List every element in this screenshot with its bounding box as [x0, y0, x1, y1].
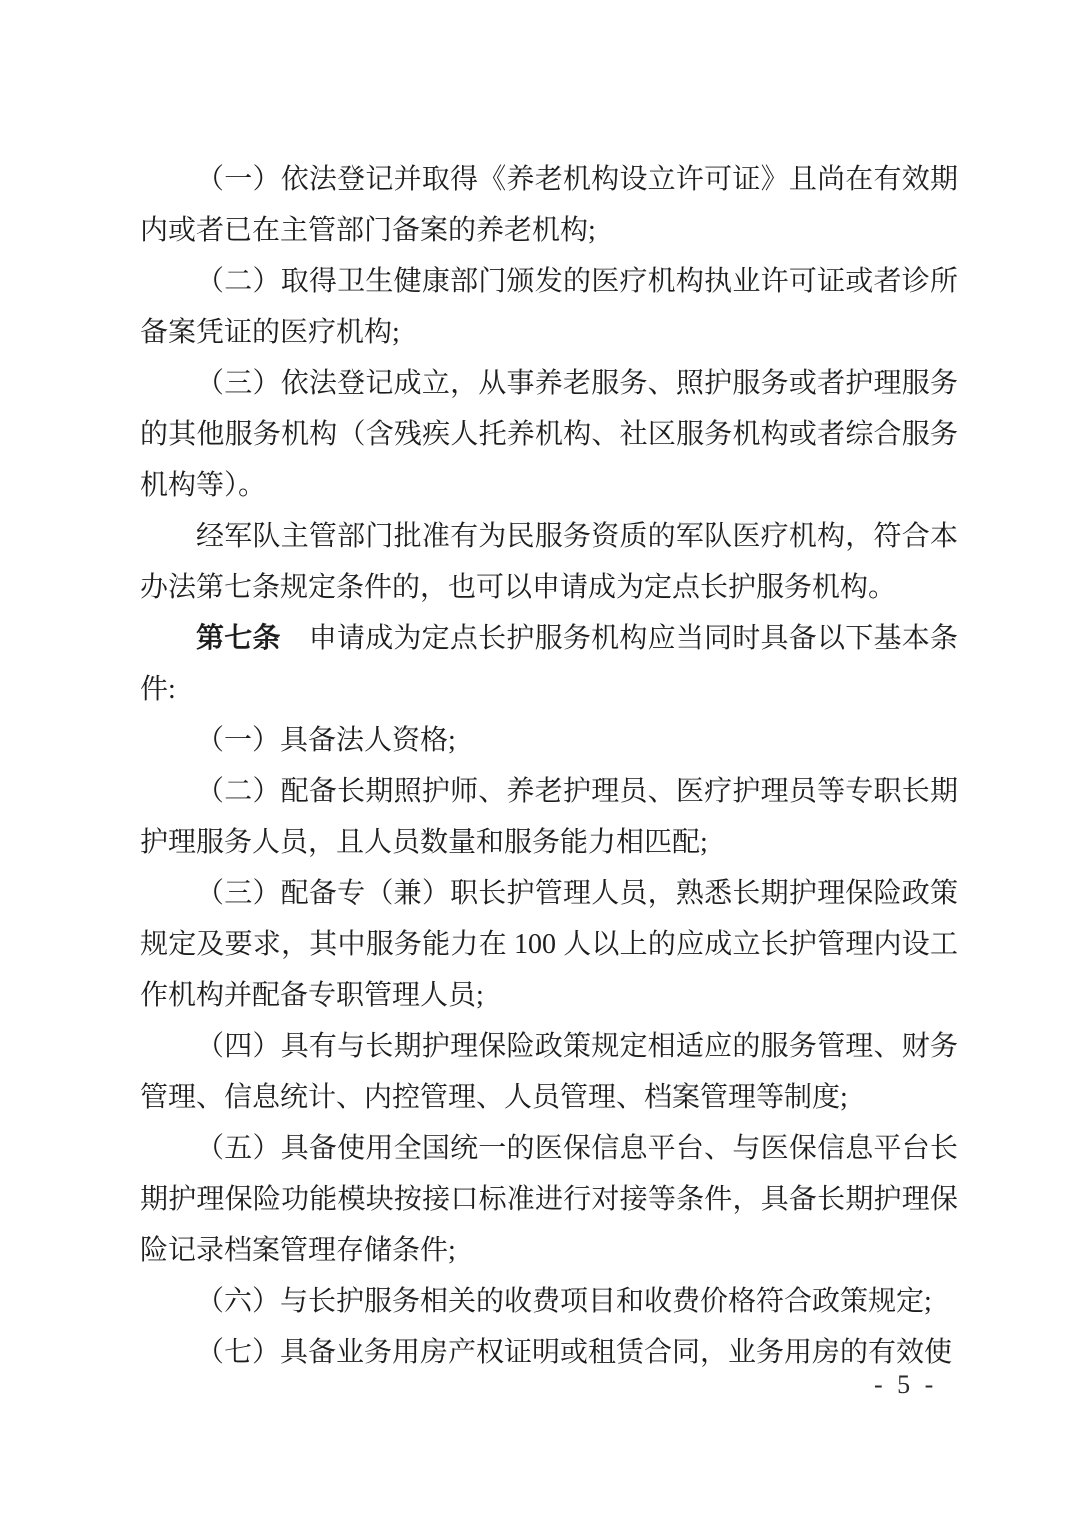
article-number: 第七条: [196, 623, 281, 654]
paragraph-text: （五）具备使用全国统一的医保信息平台、与医保信息平台长期护理保险功能模块按接口标…: [140, 1133, 958, 1266]
paragraph-text: （一）依法登记并取得《养老机构设立许可证》且尚在有效期内或者已在主管部门备案的养…: [140, 164, 958, 246]
body-paragraph: （五）具备使用全国统一的医保信息平台、与医保信息平台长期护理保险功能模块按接口标…: [140, 1123, 958, 1276]
paragraph-text: （二）取得卫生健康部门颁发的医疗机构执业许可证或者诊所备案凭证的医疗机构;: [140, 266, 958, 348]
body-paragraph: （二）取得卫生健康部门颁发的医疗机构执业许可证或者诊所备案凭证的医疗机构;: [140, 256, 958, 358]
paragraph-text: （三）依法登记成立，从事养老服务、照护服务或者护理服务的其他服务机构（含残疾人托…: [140, 368, 958, 501]
body-paragraph: （二）配备长期照护师、养老护理员、医疗护理员等专职长期护理服务人员，且人员数量和…: [140, 766, 958, 868]
paragraph-text: （二）配备长期照护师、养老护理员、医疗护理员等专职长期护理服务人员，且人员数量和…: [140, 776, 958, 858]
body-paragraph: 经军队主管部门批准有为民服务资质的军队医疗机构，符合本办法第七条规定条件的，也可…: [140, 511, 958, 613]
paragraph-text: （一）具备法人资格;: [196, 725, 456, 756]
body-paragraph: （四）具有与长期护理保险政策规定相适应的服务管理、财务管理、信息统计、内控管理、…: [140, 1021, 958, 1123]
body-paragraph: （一）具备法人资格;: [140, 715, 958, 766]
body-paragraph: （七）具备业务用房产权证明或租赁合同，业务用房的有效使: [140, 1327, 958, 1378]
paragraph-text: 经军队主管部门批准有为民服务资质的军队医疗机构，符合本办法第七条规定条件的，也可…: [140, 521, 958, 603]
paragraph-text: （三）配备专（兼）职长护管理人员，熟悉长期护理保险政策规定及要求，其中服务能力在…: [140, 878, 958, 1011]
body-paragraph: （三）依法登记成立，从事养老服务、照护服务或者护理服务的其他服务机构（含残疾人托…: [140, 358, 958, 511]
body-paragraph: （六）与长护服务相关的收费项目和收费价格符合政策规定;: [140, 1276, 958, 1327]
body-paragraph: （一）依法登记并取得《养老机构设立许可证》且尚在有效期内或者已在主管部门备案的养…: [140, 154, 958, 256]
article-heading-paragraph: 第七条申请成为定点长护服务机构应当同时具备以下基本条件:: [140, 613, 958, 715]
paragraph-text: （六）与长护服务相关的收费项目和收费价格符合政策规定;: [196, 1286, 932, 1317]
document-body: （一）依法登记并取得《养老机构设立许可证》且尚在有效期内或者已在主管部门备案的养…: [140, 154, 958, 1378]
page-number: - 5 -: [874, 1368, 937, 1402]
document-page: （一）依法登记并取得《养老机构设立许可证》且尚在有效期内或者已在主管部门备案的养…: [0, 0, 1074, 1520]
paragraph-text: （七）具备业务用房产权证明或租赁合同，业务用房的有效使: [196, 1337, 952, 1368]
paragraph-text: （四）具有与长期护理保险政策规定相适应的服务管理、财务管理、信息统计、内控管理、…: [140, 1031, 958, 1113]
body-paragraph: （三）配备专（兼）职长护管理人员，熟悉长期护理保险政策规定及要求，其中服务能力在…: [140, 868, 958, 1021]
